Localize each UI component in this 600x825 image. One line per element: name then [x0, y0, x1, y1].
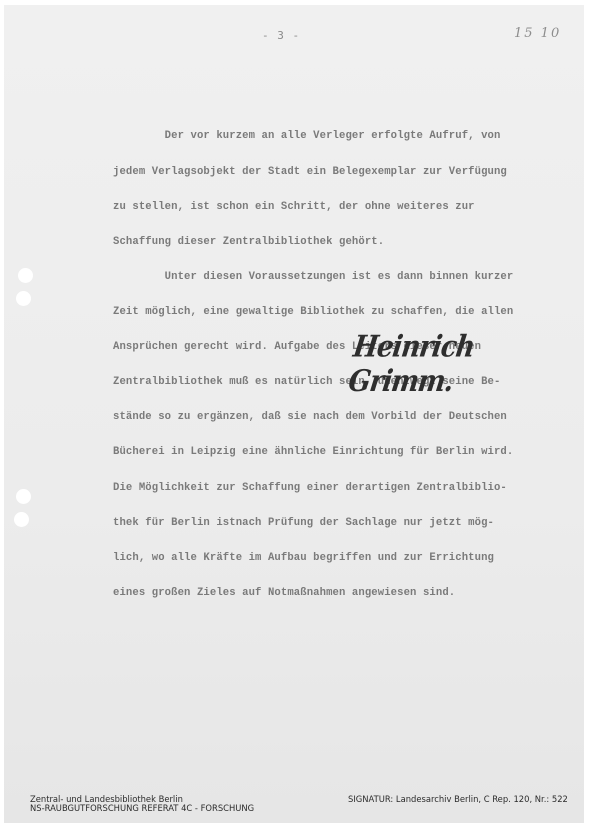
punch-hole [16, 489, 31, 504]
page-number: - 3 - [262, 29, 300, 42]
punch-hole [14, 512, 29, 527]
body-line: Bücherei in Leipzig eine ähnliche Einric… [113, 447, 583, 459]
body-line: zu stellen, ist schon ein Schritt, der o… [113, 202, 583, 214]
body-line: Unter diesen Voraussetzungen ist es dann… [113, 272, 583, 284]
body-line: jedem Verlagsobjekt der Stadt ein Belege… [113, 167, 583, 179]
punch-hole [16, 291, 31, 306]
body-line: Die Möglichkeit zur Schaffung einer dera… [113, 483, 583, 495]
body-line: Der vor kurzem an alle Verleger erfolgte… [113, 131, 583, 143]
body-line: eines großen Zieles auf Notmaßnahmen ang… [113, 588, 583, 600]
footer-department: NS-RAUBGUTFORSCHUNG REFERAT 4C - FORSCHU… [30, 804, 254, 813]
handwritten-signature: Heinrich Grimm. [346, 330, 584, 399]
body-line: stände so zu ergänzen, daß sie nach dem … [113, 412, 583, 424]
footer-signature-reference: SIGNATUR: Landesarchiv Berlin, C Rep. 12… [348, 795, 568, 804]
body-line: Zeit möglich, eine gewaltige Bibliothek … [113, 307, 583, 319]
body-line: thek für Berlin istnach Prüfung der Sach… [113, 518, 583, 530]
body-line: lich, wo alle Kräfte im Aufbau begriffen… [113, 553, 583, 565]
archive-folio-mark: 15 10 [514, 26, 561, 41]
footer-institution: Zentral- und Landesbibliothek Berlin NS-… [30, 795, 254, 814]
scanned-document-page: - 3 - 15 10 Der vor kurzem an alle Verle… [4, 5, 584, 823]
punch-hole [18, 268, 33, 283]
body-line: Schaffung dieser Zentralbibliothek gehör… [113, 237, 583, 249]
